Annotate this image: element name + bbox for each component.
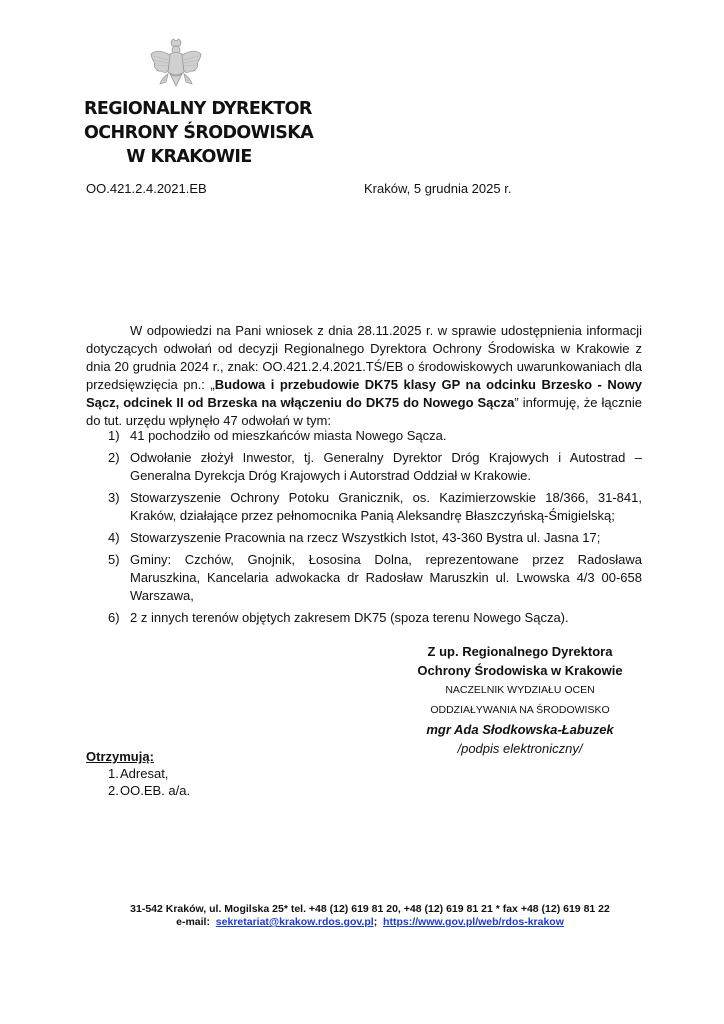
recipients-title: Otrzymują:: [86, 749, 154, 764]
list-item: 6)2 z innych terenów objętych zakresem D…: [86, 609, 642, 627]
signature-authority-line: Z up. Regionalnego Dyrektora: [400, 642, 640, 661]
header-line: OCHRONY ŚRODOWISKA: [84, 121, 294, 145]
recipient-item: 1.Adresat,: [86, 765, 190, 782]
list-item: 4)Stowarzyszenie Pracownia na rzecz Wszy…: [86, 529, 642, 547]
signature-authority-line: Ochrony Środowiska w Krakowie: [400, 661, 640, 680]
signatory-name: mgr Ada Słodkowska-Łabuzek: [400, 720, 640, 739]
list-item: 2)Odwołanie złożył Inwestor, tj. General…: [86, 449, 642, 485]
signature-position-line: NACZELNIK WYDZIAŁU OCEN: [400, 680, 640, 700]
signature-block: Z up. Regionalnego Dyrektora Ochrony Śro…: [400, 642, 640, 758]
recipient-item: 2.OO.EB. a/a.: [86, 782, 190, 799]
reference-number: OO.421.2.4.2021.EB: [86, 181, 207, 196]
place-date: Kraków, 5 grudnia 2025 r.: [364, 181, 511, 196]
header-line: W KRAKOWIE: [84, 145, 294, 169]
appeals-list: 1)41 pochodziło od mieszkańców miasta No…: [86, 427, 642, 631]
list-item: 3)Stowarzyszenie Ochrony Potoku Graniczn…: [86, 489, 642, 525]
footer-address: 31-542 Kraków, ul. Mogilska 25* tel. +48…: [80, 903, 660, 916]
list-item: 5)Gminy: Czchów, Gnojnik, Łososina Dolna…: [86, 551, 642, 605]
polish-eagle-emblem-icon: [146, 38, 206, 94]
recipients-list: 1.Adresat, 2.OO.EB. a/a.: [86, 765, 190, 799]
signature-position-line: ODDZIAŁYWANIA NA ŚRODOWISKO: [400, 700, 640, 720]
electronic-signature-note: /podpis elektroniczny/: [400, 739, 640, 758]
footer-contact: e-mail: sekretariat@krakow.rdos.gov.pl; …: [80, 916, 660, 929]
header-line: REGIONALNY DYREKTOR: [84, 97, 294, 121]
list-item: 1)41 pochodziło od mieszkańców miasta No…: [86, 427, 642, 445]
website-link[interactable]: https://www.gov.pl/web/rdos-krakow: [383, 916, 564, 928]
authority-header: REGIONALNY DYREKTOR OCHRONY ŚRODOWISKA W…: [84, 97, 294, 169]
email-label: e-mail:: [176, 916, 210, 928]
email-link[interactable]: sekretariat@krakow.rdos.gov.pl: [216, 916, 374, 928]
footer: 31-542 Kraków, ul. Mogilska 25* tel. +48…: [80, 903, 660, 929]
letter-body: W odpowiedzi na Pani wniosek z dnia 28.1…: [86, 322, 642, 430]
